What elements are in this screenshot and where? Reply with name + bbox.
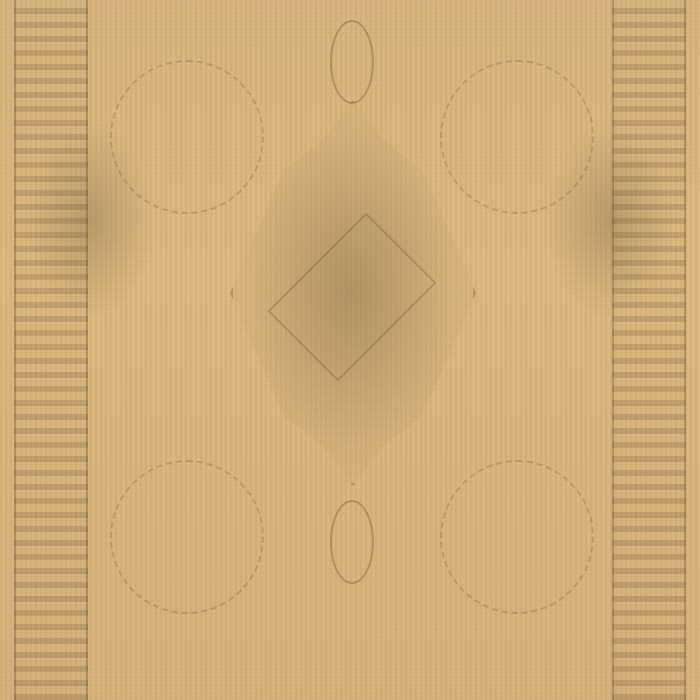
floral-motif <box>110 60 264 214</box>
floral-motif <box>440 460 594 614</box>
bottom-pendant <box>330 500 374 584</box>
floral-motif <box>110 460 264 614</box>
left-border-band <box>14 0 88 700</box>
top-pendant <box>330 20 374 104</box>
rug-image <box>0 0 700 700</box>
floral-motif <box>440 60 594 214</box>
right-border-band <box>612 0 686 700</box>
